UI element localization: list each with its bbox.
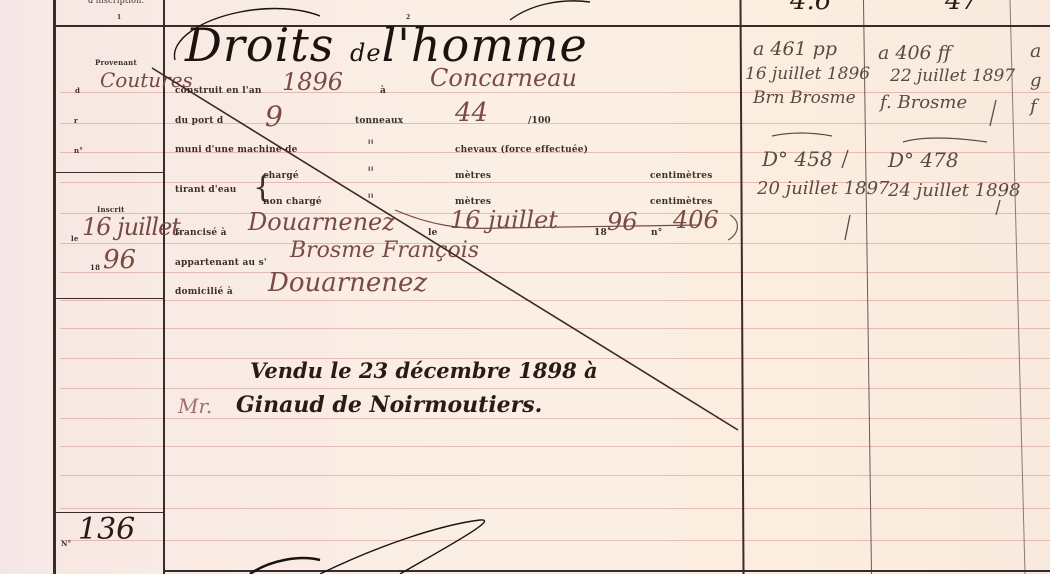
mutation1-line5: 20 juillet 1897 (757, 178, 890, 199)
charge-centimetres-label: centimètres (650, 171, 712, 181)
row-prefix-n: n° (74, 146, 83, 155)
header-col1-num: 1 (117, 14, 121, 21)
left-border-thick (53, 0, 56, 574)
inscrit-year-prefix: 18 (90, 263, 100, 272)
francise-le-label: le (428, 228, 438, 238)
construit-label: construit en l'an (175, 86, 262, 96)
francise-place: Douarnenez (248, 208, 395, 236)
construit-year: 1896 (282, 68, 343, 96)
row-prefix-d: d (75, 86, 80, 95)
ship-name-main: Droits (185, 18, 334, 72)
francise-label: francisé à (175, 228, 227, 238)
tonneaux-fraction: /100 (528, 116, 551, 126)
sale-note-prefix: Mr. (178, 394, 212, 418)
header-col1-label: d'inscription. (88, 0, 144, 5)
domicile-value: Douarnenez (268, 268, 427, 298)
francise-year-prefix: 18 (594, 228, 607, 238)
mutation2-line3: f. Brosme (880, 92, 967, 113)
construit-a-label: à (380, 86, 386, 96)
machine-value: " (367, 136, 374, 155)
right-column-divider (863, 0, 872, 574)
francise-date: 16 juillet (450, 206, 558, 234)
charge-value: " (367, 163, 374, 182)
mutation2-line4: D° 478 (888, 148, 959, 172)
inscrit-bottom-border (56, 298, 164, 299)
mutation1-line2: 16 juillet 1896 (745, 64, 870, 84)
charge-label: chargé (263, 171, 299, 181)
tonneaux-value: 44 (455, 98, 488, 128)
number-prefix: N° (61, 539, 71, 548)
register-page: d'inscription. 1 2 4.6 47 Provenant Cout… (0, 0, 1050, 574)
mutation2-line1: a 406 ff (878, 42, 951, 64)
register-number: 136 (78, 512, 135, 547)
appartenant-label: appartenant au s' (175, 258, 267, 268)
ship-name-de: de (350, 39, 382, 67)
construit-place: Concarneau (430, 64, 577, 92)
sale-note-line1: Vendu le 23 décembre 1898 à (250, 358, 598, 383)
francise-year: 96 (607, 208, 638, 236)
non-charge-label: non chargé (263, 197, 322, 207)
header-col3-value: 4.6 (790, 0, 831, 16)
port-label: du port d (175, 116, 223, 126)
tirant-label: tirant d'eau (175, 185, 237, 195)
francise-no-label: n° (651, 228, 662, 238)
appartenant-value: Brosme François (290, 238, 479, 263)
sale-note-line2: Ginaud de Noirmoutiers. (236, 392, 542, 418)
charge-metres-label: mètres (455, 171, 491, 181)
tonneaux-label: tonneaux (355, 116, 403, 126)
non-charge-value: " (367, 190, 374, 209)
chevaux-label: chevaux (force effectuée) (455, 145, 588, 155)
inscrit-top-border (56, 172, 164, 173)
mutation2-line2: 22 juillet 1897 (890, 66, 1015, 86)
page-margin (0, 0, 50, 574)
domicile-label: domicilié à (175, 287, 233, 297)
mutation1-line4: D° 458 (762, 147, 833, 171)
footer-border (165, 570, 1050, 572)
port-value: 9 (265, 100, 283, 133)
machine-label: muni d'une machine de (175, 145, 298, 155)
main-column-divider (739, 0, 744, 574)
inscrit-date: 16 juillet (82, 213, 180, 241)
header-col4-value: 47 (945, 0, 978, 16)
inscrit-le-prefix: le (71, 234, 79, 243)
row-prefix-r: r (74, 116, 78, 125)
provenant-label: Provenant (95, 58, 137, 67)
mutation3-line1: a (1030, 40, 1041, 62)
inscrit-year: 96 (103, 245, 136, 275)
francise-no: 406 (673, 206, 719, 234)
mutation3-line3: f (1030, 96, 1037, 117)
bottom-flourish (250, 520, 485, 574)
mutation1-line3: Brn Brosme (753, 88, 856, 108)
mutation1-line1: a 461 pp (753, 38, 837, 60)
mutation2-line5: 24 juillet 1898 (888, 180, 1021, 201)
far-right-divider (1009, 0, 1025, 574)
mutation3-line2: g (1030, 70, 1042, 91)
